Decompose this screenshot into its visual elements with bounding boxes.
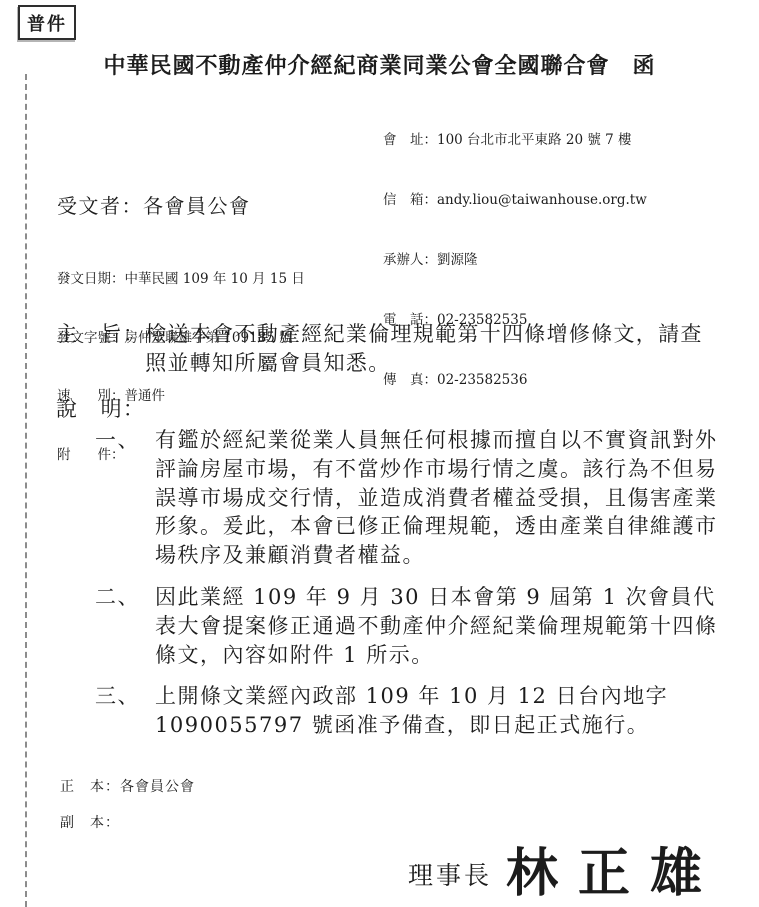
- item-text: 有鑑於經紀業從業人員無任何根據而擅自以不實資訊對外評論房屋市場，有不當炒作市場行…: [155, 426, 718, 570]
- explanation-label: 說 明：: [56, 393, 145, 423]
- issue-date-line: 發文日期：中華民國 109 年 10 月 15 日: [57, 270, 305, 290]
- cc-copy-line: 副 本：: [60, 812, 120, 832]
- contact-address-line: 會 址：100 台北市北平東路 20 號 7 樓: [383, 130, 647, 150]
- signer-name: 林正雄: [506, 848, 722, 900]
- signature-block: 理事長 林正雄: [408, 845, 722, 903]
- contact-handler-line: 承辦人：劉源隆: [383, 250, 647, 270]
- item-number: 一、: [95, 426, 155, 570]
- item-number: 二、: [95, 583, 155, 669]
- priority-stamp-label: 普件: [27, 10, 67, 36]
- left-margin-dashed-line: [25, 74, 27, 907]
- subject-label: 主 旨：: [56, 320, 145, 378]
- primary-copy-line: 正 本：各會員公會: [60, 776, 195, 796]
- official-letter-page: 普件 中華民國不動產仲介經紀商業同業公會全國聯合會 函 會 址：100 台北市北…: [0, 0, 759, 907]
- explanation-item-1: 一、 有鑑於經紀業從業人員無任何根據而擅自以不實資訊對外評論房屋市場，有不當炒作…: [95, 426, 720, 570]
- subject-row: 主 旨： 檢送本會不動產經紀業倫理規範第十四條增修條文，請查照並轉知所屬會員知悉…: [56, 320, 716, 378]
- item-number: 三、: [95, 682, 155, 740]
- contact-email-line: 信 箱：andy.liou@taiwanhouse.org.tw: [383, 190, 647, 210]
- explanation-item-2: 二、 因此業經 109 年 9 月 30 日本會第 9 屆第 1 次會員代表大會…: [95, 583, 720, 669]
- signer-title: 理事長: [408, 856, 492, 892]
- priority-stamp-box: 普件: [18, 5, 76, 40]
- explanation-items: 一、 有鑑於經紀業從業人員無任何根據而擅自以不實資訊對外評論房屋市場，有不當炒作…: [95, 426, 720, 753]
- item-text: 上開條文業經內政部 109 年 10 月 12 日台內地字 1090055797…: [155, 682, 718, 740]
- contact-info-block: 會 址：100 台北市北平東路 20 號 7 樓 信 箱：andy.liou@t…: [383, 90, 647, 430]
- recipient-line: 受文者：各會員公會: [57, 190, 251, 219]
- item-text: 因此業經 109 年 9 月 30 日本會第 9 屆第 1 次會員代表大會提案修…: [155, 583, 718, 669]
- explanation-item-3: 三、 上開條文業經內政部 109 年 10 月 12 日台內地字 1090055…: [95, 682, 720, 740]
- document-title: 中華民國不動產仲介經紀商業同業公會全國聯合會 函: [0, 49, 759, 80]
- subject-text: 檢送本會不動產經紀業倫理規範第十四條增修條文，請查照並轉知所屬會員知悉。: [145, 320, 716, 378]
